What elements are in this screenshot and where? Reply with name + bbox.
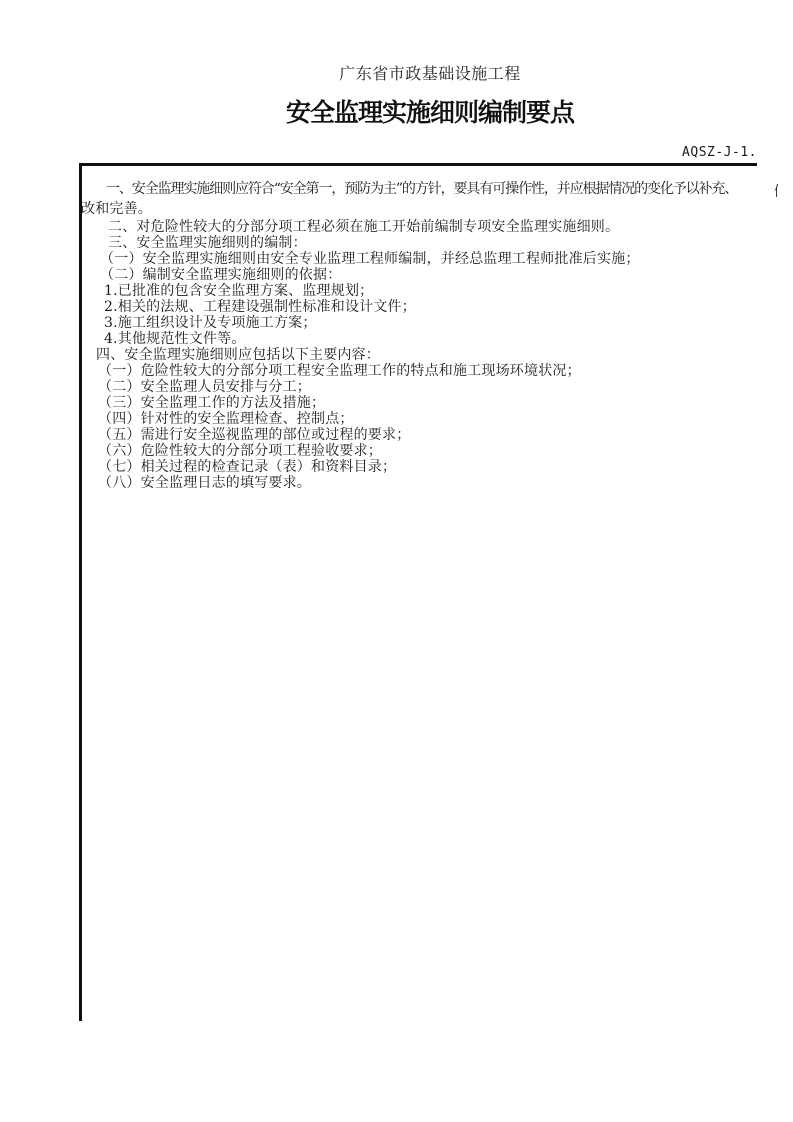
text-line: 3.施工组织设计及专项施工方案；: [81, 315, 793, 331]
text-line: （七）相关过程的检查记录（表）和资料目录；: [81, 459, 793, 475]
text-line: （二）编制安全监理实施细则的依据：: [81, 267, 793, 283]
text-line: 1.已批准的包含安全监理方案、监理规划；: [81, 283, 793, 299]
document-title: 安全监理实施细则编制要点: [68, 93, 792, 129]
text-line: （八）安全监理日志的填写要求。: [81, 475, 793, 491]
text-line: （五）需进行安全巡视监理的部位或过程的要求；: [81, 427, 793, 443]
text-line: 四、安全监理实施细则应包括以下主要内容：: [81, 347, 793, 363]
text-line: （一）安全监理实施细则由安全专业监理工程师编制，并经总监理工程师批准后实施；: [81, 251, 793, 267]
text-line: 二、对危险性较大的分部分项工程必须在施工开始前编制专项安全监理实施细则。: [81, 219, 793, 235]
text-line: 4.其他规范性文件等。: [81, 331, 793, 347]
text-line: （三）安全监理工作的方法及措施；: [81, 395, 793, 411]
text-line: （一）危险性较大的分部分项工程安全监理工作的特点和施工现场环境状况；: [81, 363, 793, 379]
clipped-overflow-char: 修: [774, 184, 778, 201]
text-line: 改和完善。: [81, 199, 793, 219]
text-line: （六）危险性较大的分部分项工程验收要求；: [81, 443, 793, 459]
text-line: （二）安全监理人员安排与分工；: [81, 379, 793, 395]
text-line: 一、安全监理实施细则应符合“安全第一，预防为主”的方针，要具有可操作性，并应根据…: [81, 179, 793, 199]
table-top-border: [79, 163, 757, 166]
document-code: AQSZ-J-1.: [682, 145, 757, 160]
document-page: 广东省市政基础设施工程 安全监理实施细则编制要点 AQSZ-J-1. 一、安全监…: [0, 0, 793, 1122]
clipped-char-text: 修: [774, 184, 778, 200]
text-line: （四）针对性的安全监理检查、控制点；: [81, 411, 793, 427]
document-body: 一、安全监理实施细则应符合“安全第一，预防为主”的方针，要具有可操作性，并应根据…: [81, 179, 793, 491]
text-line: 三、安全监理实施细则的编制：: [81, 235, 793, 251]
document-header-block: 广东省市政基础设施工程 安全监理实施细则编制要点: [68, 0, 792, 140]
org-header: 广东省市政基础设施工程: [68, 61, 792, 84]
text-line: 2.相关的法规、工程建设强制性标准和设计文件；: [81, 299, 793, 315]
